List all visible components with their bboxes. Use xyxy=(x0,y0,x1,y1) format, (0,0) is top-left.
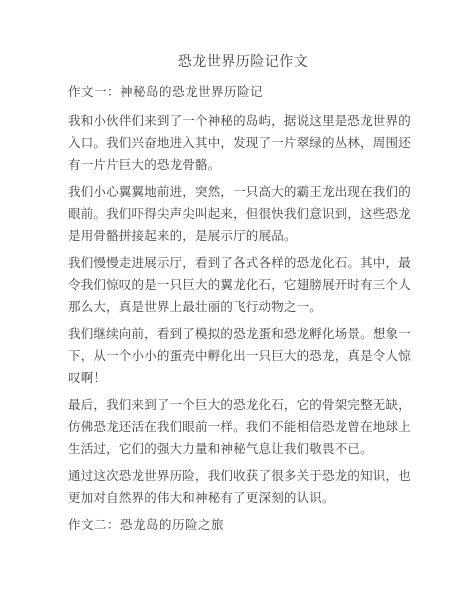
document-page: 恐龙世界历险记作文 作文一：神秘岛的恐龙世界历险记 我和小伙伴们来到了一个神秘的… xyxy=(0,0,463,600)
paragraph-5: 最后，我们来到了一个巨大的恐龙化石，它的骨架完整无缺， 仿佛恐龙还活在我们眼前一… xyxy=(68,394,416,460)
paragraph-6: 通过这次恐龙世界历险，我们收获了很多关于恐龙的知识，也 更加对自然界的伟大和神秘… xyxy=(68,465,416,509)
paragraph-2: 我们小心翼翼地前进，突然，一只高大的霸王龙出现在我们的 眼前。我们吓得尖声尖叫起… xyxy=(68,181,416,247)
document-title: 恐龙世界历险记作文 xyxy=(68,52,418,74)
section-2-heading: 作文二：恐龙岛的历险之旅 xyxy=(68,514,418,536)
paragraph-1: 我和小伙伴们来到了一个神秘的岛屿，据说这里是恐龙世界的 入口。我们兴奋地进入其中… xyxy=(68,110,416,176)
paragraph-4: 我们继续向前，看到了模拟的恐龙蛋和恐龙孵化场景。想象一 下，从一个小小的蛋壳中孵… xyxy=(68,323,416,389)
section-1-heading: 作文一：神秘岛的恐龙世界历险记 xyxy=(68,81,418,103)
paragraph-3: 我们慢慢走进展示厅，看到了各式各样的恐龙化石。其中，最 令我们惊叹的是一只巨大的… xyxy=(68,252,416,318)
